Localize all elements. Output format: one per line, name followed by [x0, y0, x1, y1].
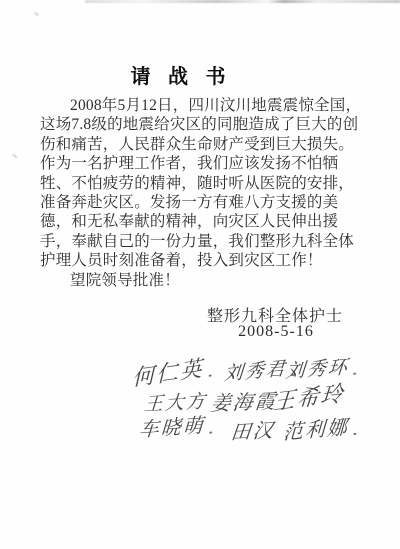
scan-artifact-speck [12, 153, 18, 158]
body-line-closing-request: 望院领导批准！ [40, 271, 356, 290]
body-line: 伤和痛苦，人民群众生命财产受到巨大损失。 [40, 135, 356, 154]
body-line: 这场7.8级的地震给灾区的同胞造成了巨大的创 [40, 115, 356, 134]
handwritten-signature: 范利娜 [282, 410, 357, 446]
handwritten-signature: 车晓萌 [138, 408, 213, 442]
body-line: 作为一名护理工作者，我们应该发扬不怕牺 [40, 154, 356, 173]
document-title: 请 战 书 [0, 60, 362, 89]
signoff-date: 2008-5-16 [207, 323, 345, 341]
body-line: 德，和无私奉献的精神，向灾区人民伸出援 [40, 212, 356, 231]
body-line: 2008年5月12日，四川汶川地震震惊全国， [40, 96, 356, 115]
body-line: 护理人员时刻准备着，投入到灾区工作！ [40, 251, 356, 270]
scan-artifact-speck [34, 12, 39, 17]
body-line: 手，奉献自己的一份力量，我们整形九科全体 [40, 232, 356, 251]
body-line: 准备奔赴灾区。发扬一方有难八方支援的美 [40, 193, 356, 212]
handwritten-signature: 田汉 [229, 414, 276, 446]
scanned-letter-page: 请 战 书 2008年5月12日，四川汶川地震震惊全国， 这场7.8级的地震给灾… [0, 0, 400, 549]
scan-artifact-top-streak [85, 0, 400, 3]
body-line: 牲、不怕疲劳的精神，随时听从医院的安排， [40, 174, 356, 193]
letter-body: 2008年5月12日，四川汶川地震震惊全国， 这场7.8级的地震给灾区的同胞造成… [40, 96, 356, 290]
